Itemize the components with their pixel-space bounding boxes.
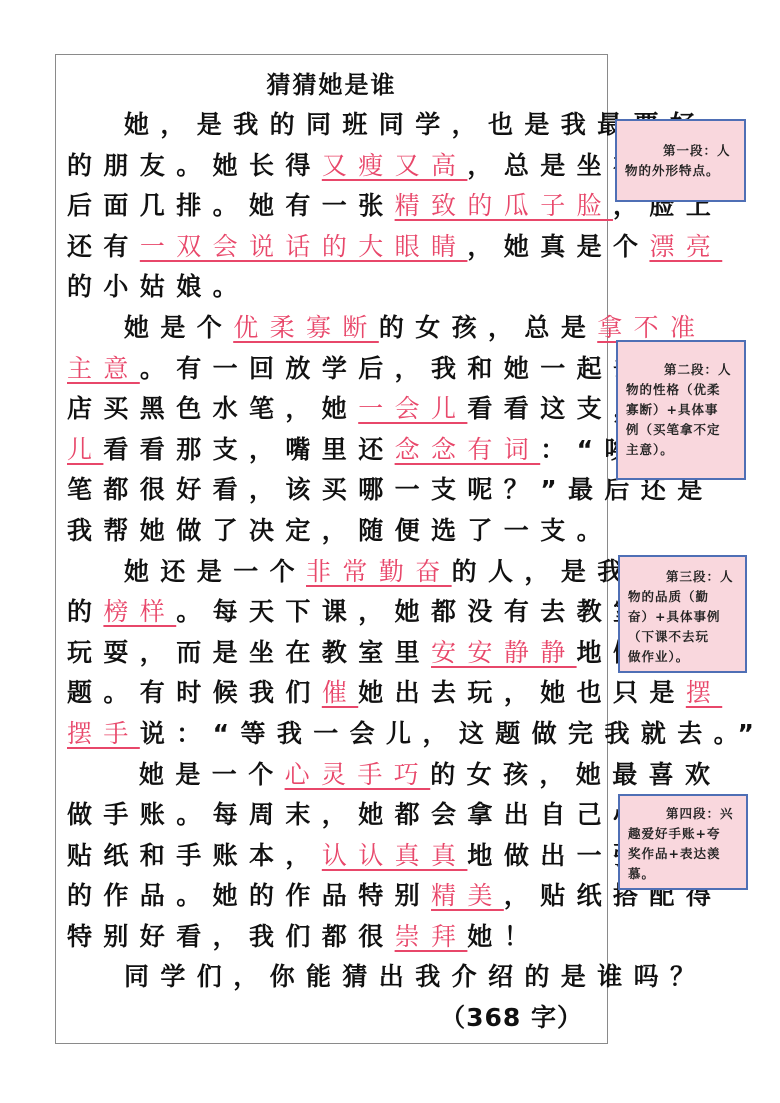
highlighted-phrase: 儿 — [67, 435, 103, 464]
annotation-paragraph-3: 第三段：人物的品质（勤奋）+具体事例（下课不去玩做作业）。 — [618, 555, 747, 673]
essay-line: 店买黑色水笔，她一会儿看看这支，一会 — [67, 389, 601, 430]
essay-line: 还有一双会说话的大眼睛，她真是个漂亮 — [67, 227, 601, 268]
essay-line: 我帮她做了决定，随便选了一支。 — [67, 511, 601, 552]
essay-line: 特别好看，我们都很崇拜她！ — [67, 917, 601, 958]
essay-line: 的作品。她的作品特别精美，贴纸搭配得 — [67, 876, 601, 917]
annotation-line: 主意）。 — [626, 440, 736, 460]
text-segment: 店买黑色水笔，她 — [67, 394, 358, 423]
highlighted-phrase: 安安静静 — [431, 638, 577, 667]
annotation-line: 慕。 — [628, 864, 738, 884]
highlighted-phrase: 一双会说话的大眼睛 — [140, 232, 468, 261]
text-segment: 她出去玩，她也只是 — [358, 678, 686, 707]
highlighted-phrase: 心灵手巧 — [285, 760, 431, 789]
highlighted-phrase: 崇拜 — [395, 922, 468, 951]
text-segment: 玩耍，而是坐在教室里 — [67, 638, 431, 667]
annotation-line: 寡断）+具体事 — [626, 400, 736, 420]
essay-line: 后面几排。她有一张精致的瓜子脸，脸上 — [67, 186, 601, 227]
essay-line: 的榜样。每天下课，她都没有去教室外面 — [67, 592, 601, 633]
annotation-line: 物的外形特点。 — [625, 161, 736, 181]
essay-line: 的小姑娘。 — [67, 267, 601, 308]
annotation-line: 物的品质（勤 — [628, 587, 737, 607]
essay-line: 她是一个心灵手巧的女孩，她最喜欢 — [67, 755, 601, 796]
text-segment: 还有 — [67, 232, 140, 261]
essay-line: 贴纸和手账本，认认真真地做出一张漂亮 — [67, 836, 601, 877]
text-segment: 她还是一个 — [124, 557, 306, 586]
highlighted-phrase: 主意 — [67, 354, 140, 383]
highlighted-phrase: 漂亮 — [649, 232, 722, 261]
text-segment: 看看那支，嘴里还 — [103, 435, 394, 464]
highlighted-phrase: 念念有词 — [395, 435, 541, 464]
highlighted-phrase: 拿不准 — [597, 313, 706, 342]
highlighted-phrase: 认认真真 — [322, 841, 468, 870]
annotation-paragraph-2: 第二段：人物的性格（优柔寡断）+具体事例（买笔拿不定主意）。 — [616, 340, 746, 480]
highlighted-phrase: 非常勤奋 — [306, 557, 452, 586]
highlighted-phrase: 一会儿 — [358, 394, 467, 423]
essay-line: 主意。有一回放学后，我和她一起去文具 — [67, 349, 601, 390]
annotation-line: 奖作品+表达羡 — [628, 844, 738, 864]
text-segment: 的女孩，她最喜欢 — [430, 760, 721, 789]
text-segment: 贴纸和手账本， — [67, 841, 322, 870]
essay-title: 猜猜她是谁 — [56, 65, 607, 100]
annotation-line: 第一段：人 — [625, 141, 736, 161]
text-segment: 同学们，你能猜出我介绍的是谁吗？ — [124, 962, 706, 991]
highlighted-phrase: 精美 — [431, 881, 504, 910]
text-segment: 后面几排。她有一张 — [67, 191, 395, 220]
highlighted-phrase: 催 — [322, 678, 358, 707]
annotation-paragraph-1: 第一段：人物的外形特点。 — [615, 119, 746, 202]
text-segment: 的 — [67, 597, 103, 626]
highlighted-phrase: 优柔寡断 — [233, 313, 379, 342]
essay-line: 摆手说：“等我一会儿，这题做完我就去。” — [67, 714, 601, 755]
essay-body: 她，是我的同班同学，也是我最要好的朋友。她长得又瘦又高，总是坐在教室后面几排。她… — [67, 105, 601, 1039]
highlighted-phrase: 榜样 — [103, 597, 176, 626]
text-segment: 的作品。她的作品特别 — [67, 881, 431, 910]
annotation-line: 第二段：人 — [626, 360, 736, 380]
annotation-line: 物的性格（优柔 — [626, 380, 736, 400]
text-segment: （368 字） — [440, 1003, 583, 1032]
annotation-line: 例（买笔拿不定 — [626, 420, 736, 440]
essay-line: 玩耍，而是坐在教室里安安静静地做练习 — [67, 633, 601, 674]
highlighted-phrase: 又瘦又高 — [322, 151, 468, 180]
essay-page: 猜猜她是谁 她，是我的同班同学，也是我最要好的朋友。她长得又瘦又高，总是坐在教室… — [55, 54, 608, 1044]
annotation-line: 做作业）。 — [628, 647, 737, 667]
essay-line: 笔都很好看，该买哪一支呢？”最后还是 — [67, 470, 601, 511]
essay-line: 她，是我的同班同学，也是我最要好 — [67, 105, 601, 146]
text-segment: 我帮她做了决定，随便选了一支。 — [67, 516, 613, 545]
annotation-paragraph-4: 第四段：兴趣爱好手账+夸奖作品+表达羡慕。 — [618, 794, 748, 890]
highlighted-phrase: 摆手 — [67, 719, 140, 748]
text-segment: 她是一个 — [139, 760, 285, 789]
essay-line: 她是个优柔寡断的女孩，总是拿不准 — [67, 308, 601, 349]
essay-line: 同学们，你能猜出我介绍的是谁吗？ — [67, 957, 601, 998]
essay-line: 她还是一个非常勤奋的人，是我学习 — [67, 552, 601, 593]
annotation-line: 第四段：兴 — [628, 804, 738, 824]
text-segment: ，她真是个 — [467, 232, 649, 261]
text-segment: 的朋友。她长得 — [67, 151, 322, 180]
text-segment: 说：“等我一会儿，这题做完我就去。” — [140, 719, 766, 748]
essay-line: 儿看看那支，嘴里还念念有词：“唉，两支 — [67, 430, 601, 471]
annotation-line: 奋）+具体事例 — [628, 607, 737, 627]
essay-line: 做手账。每周末，她都会拿出自己心爱的 — [67, 795, 601, 836]
text-segment: 她！ — [467, 922, 540, 951]
highlighted-phrase: 精致的瓜子脸 — [395, 191, 613, 220]
text-segment: 她是个 — [124, 313, 233, 342]
annotation-line: 第三段：人 — [628, 567, 737, 587]
text-segment: 特别好看，我们都很 — [67, 922, 395, 951]
essay-line: 的朋友。她长得又瘦又高，总是坐在教室 — [67, 146, 601, 187]
text-segment: 的小姑娘。 — [67, 272, 249, 301]
word-count: （368 字） — [67, 998, 601, 1039]
essay-line: 题。有时候我们催她出去玩，她也只是摆 — [67, 673, 601, 714]
text-segment: 题。有时候我们 — [67, 678, 322, 707]
annotation-line: （下课不去玩 — [628, 627, 737, 647]
highlighted-phrase: 摆 — [686, 678, 722, 707]
annotation-line: 趣爱好手账+夸 — [628, 824, 738, 844]
text-segment: 的女孩，总是 — [379, 313, 597, 342]
